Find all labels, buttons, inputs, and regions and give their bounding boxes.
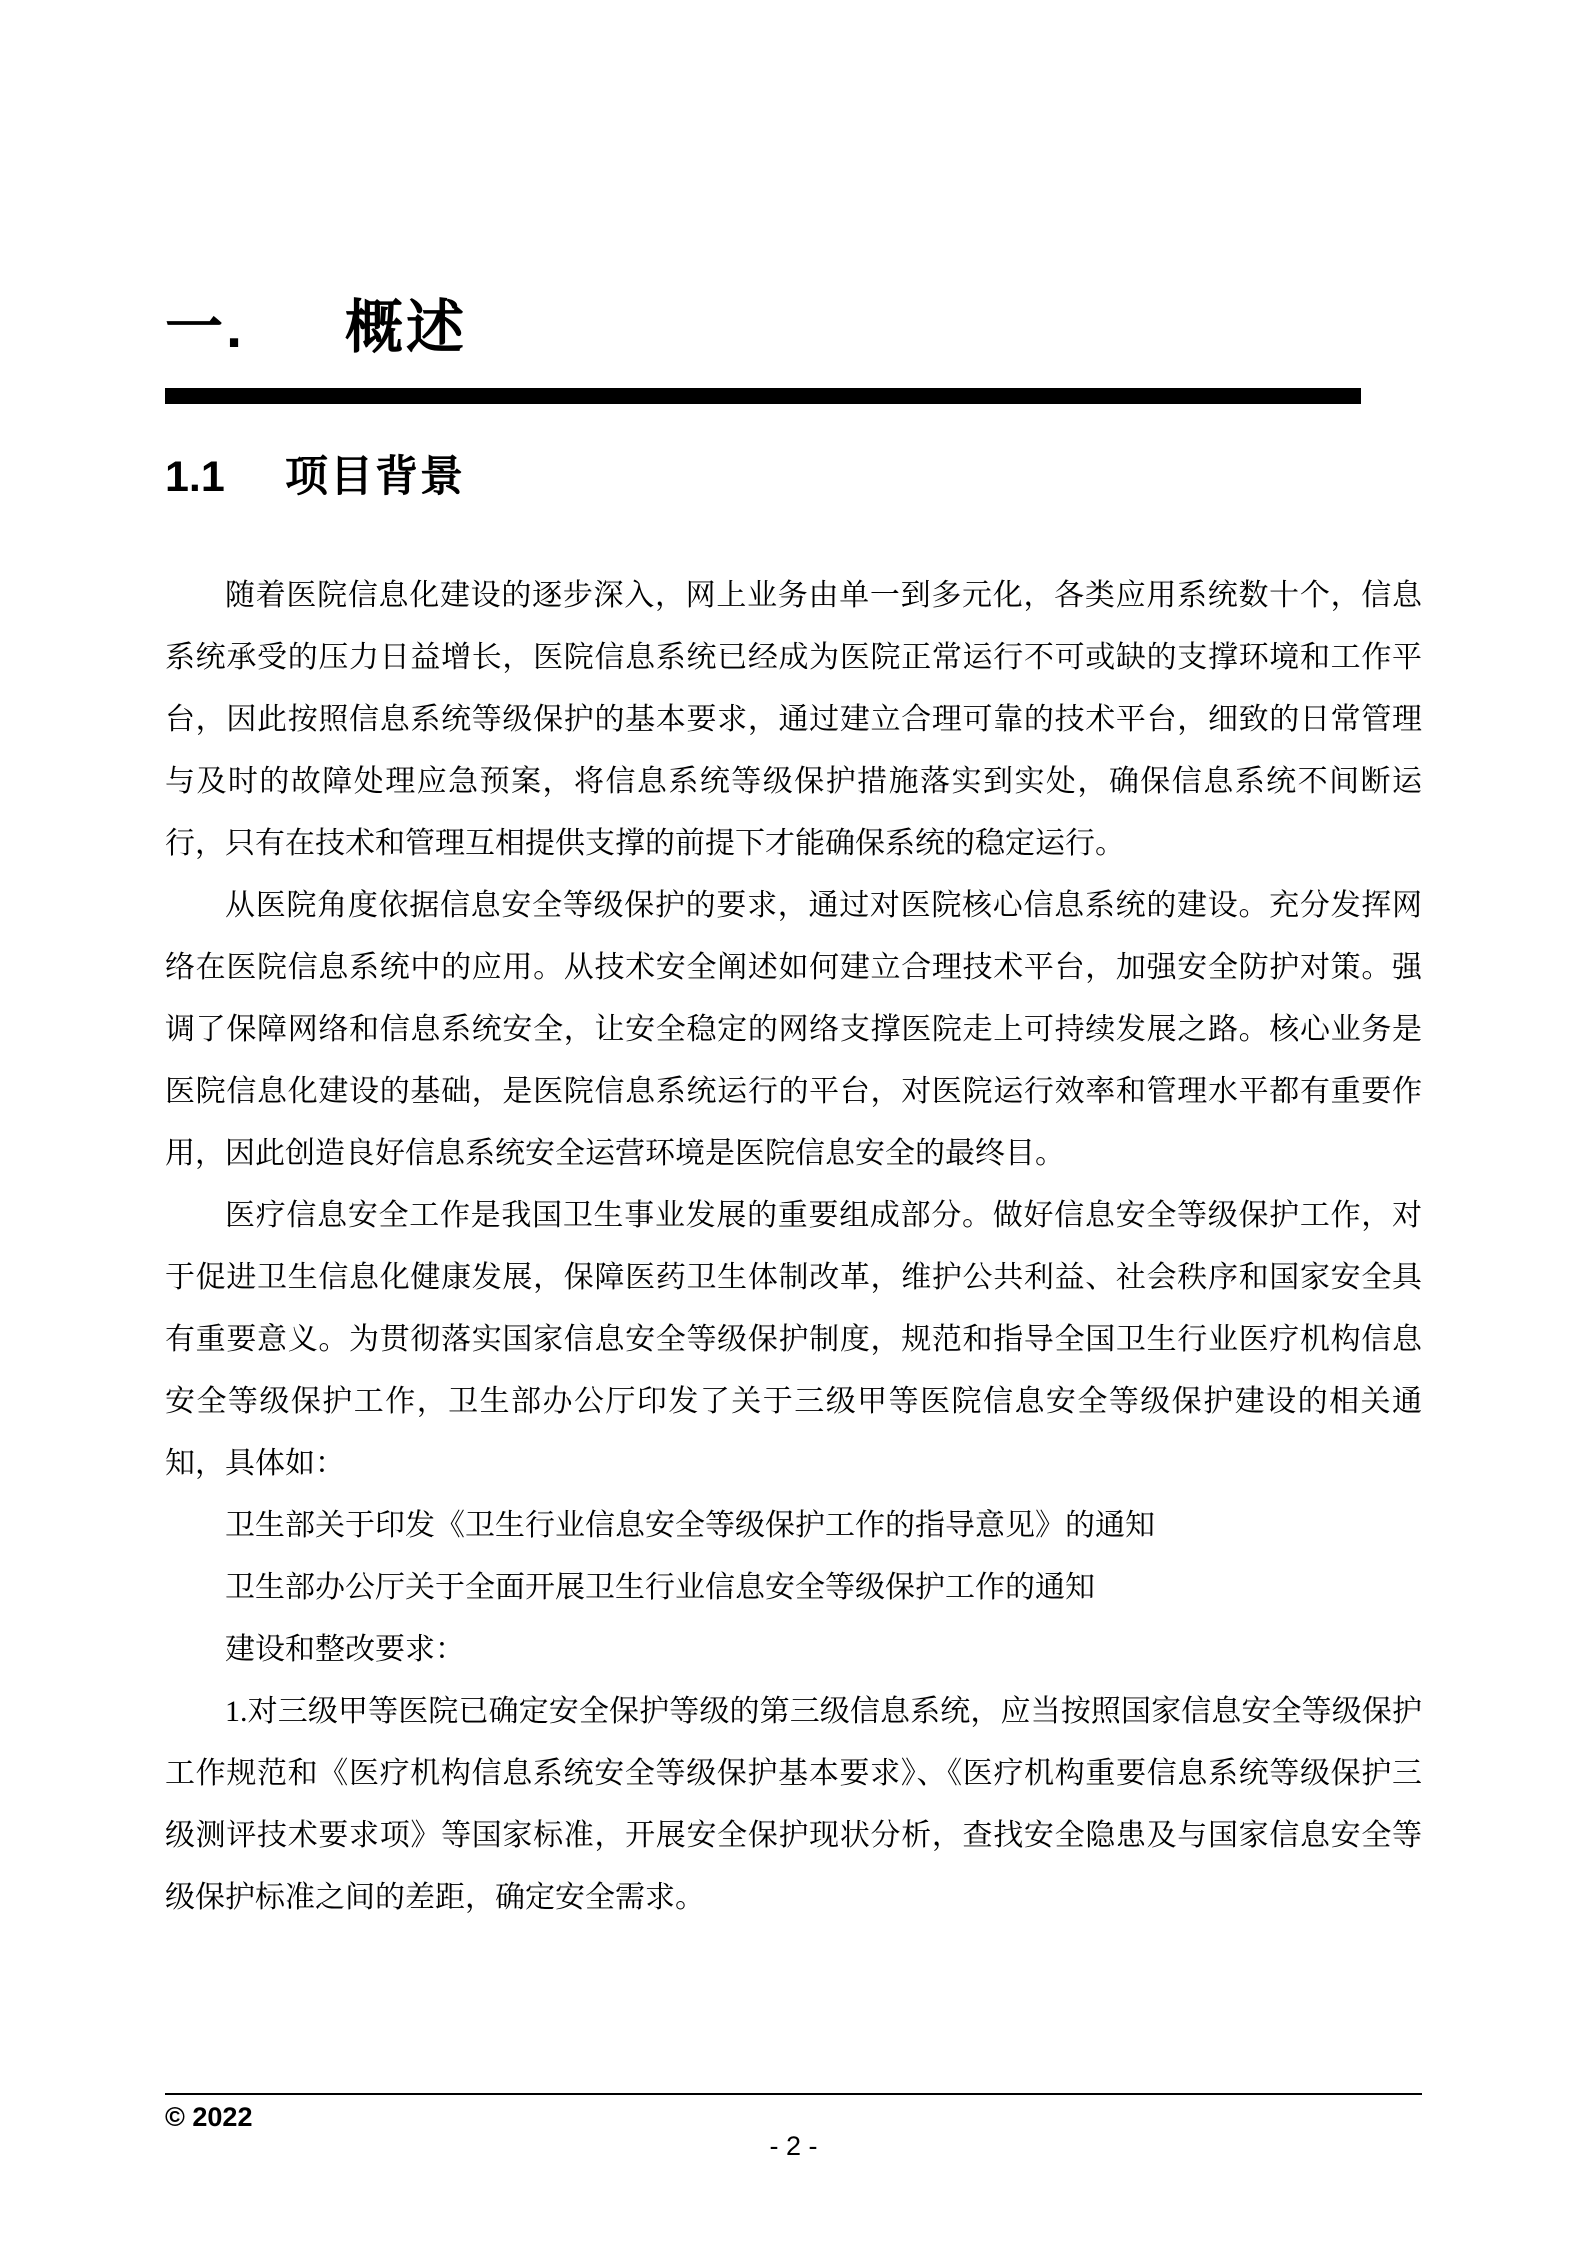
- chapter-heading: 一. 概述: [165, 296, 467, 360]
- paragraph: 建设和整改要求：: [165, 1619, 1422, 1681]
- paragraph: 1.对三级甲等医院已确定安全保护等级的第三级信息系统，应当按照国家信息安全等级保…: [165, 1681, 1422, 1929]
- chapter-heading-title: 概述: [345, 296, 467, 360]
- paragraph: 卫生部关于印发《卫生行业信息安全等级保护工作的指导意见》的通知: [165, 1495, 1422, 1557]
- section-heading: 1.1 项目背景: [165, 452, 465, 504]
- footer-rule: [165, 2093, 1422, 2095]
- section-heading-title: 项目背景: [285, 452, 465, 504]
- paragraph: 从医院角度依据信息安全等级保护的要求，通过对医院核心信息系统的建设。充分发挥网络…: [165, 875, 1422, 1185]
- footer-copyright: © 2022: [165, 2102, 252, 2133]
- footer-page-number: - 2 -: [165, 2131, 1422, 2162]
- document-page: 一. 概述 1.1 项目背景 随着医院信息化建设的逐步深入，网上业务由单一到多元…: [0, 0, 1587, 2245]
- chapter-heading-number: 一.: [165, 296, 345, 360]
- paragraph: 医疗信息安全工作是我国卫生事业发展的重要组成部分。做好信息安全等级保护工作，对于…: [165, 1185, 1422, 1495]
- paragraph: 随着医院信息化建设的逐步深入，网上业务由单一到多元化，各类应用系统数十个，信息系…: [165, 565, 1422, 875]
- body-text: 随着医院信息化建设的逐步深入，网上业务由单一到多元化，各类应用系统数十个，信息系…: [165, 565, 1422, 1929]
- chapter-heading-rule: [165, 388, 1361, 404]
- paragraph: 卫生部办公厅关于全面开展卫生行业信息安全等级保护工作的通知: [165, 1557, 1422, 1619]
- section-heading-number: 1.1: [165, 452, 285, 504]
